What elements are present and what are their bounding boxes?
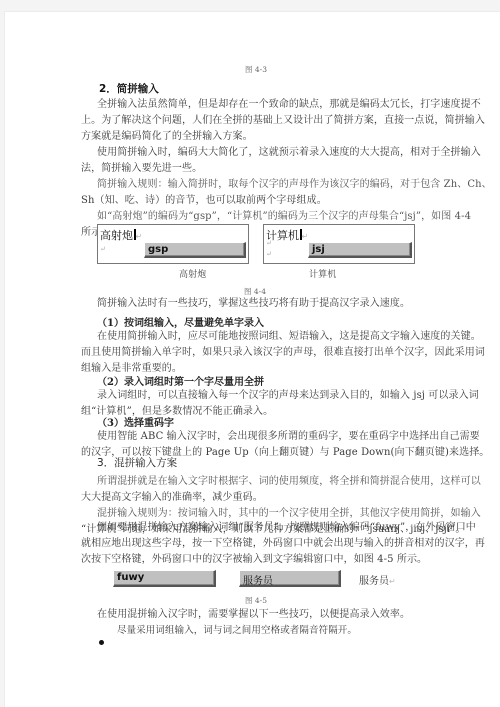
figure-label-left: 高射炮 <box>179 268 206 282</box>
figure-caption-4-4: 图 4-4 <box>244 286 266 297</box>
result-text: 服务员↵ <box>359 572 396 587</box>
paragraph-line: 如“高射炮”的编码为“gsp”，“计算机”的编码为三个汉字的声母集合“jsj”，… <box>97 210 471 224</box>
paragraph-line: 例如要用混拼输入方案输入词组“服务员”，按照规则输入编码“fuwy”，在外码窗口… <box>97 521 476 535</box>
document-page: 图 4-3 2．简拼输入 全拼输入法虽然简单，但是却存在一个致命的缺点，那就是编… <box>4 11 500 707</box>
paragraph-line: 次按下空格键，外码窗口中的汉字被输入到文字编辑窗口中，如图 4-5 所示。 <box>81 553 427 567</box>
paragraph-line: 法，简拼输入要先进一些。 <box>81 162 202 176</box>
paragraph-line: Sh（知、吃、诗）的音节，也可以取前两个字母组成。 <box>81 194 327 208</box>
candidate-text: 服务员 <box>243 572 273 587</box>
bullet-item: 尽量采用词组输入，词与词之间用空格或者隔音符隔开。 <box>117 624 357 638</box>
paragraph-line: 全拼输入法虽然简单，但是却存在一个致命的缺点，那就是编码太冗长，打字速度提不 <box>97 98 481 112</box>
paragraph-line: 大大提高文字输入的准确率，减少重码。 <box>81 491 263 505</box>
editor-window-jisuanji: 计算机↵ ↵ ↵ jsj <box>263 224 415 264</box>
candidate-window: gsp <box>144 242 246 258</box>
paragraph-line: 就相应地出现这些字母，按一下空格键，外码窗口中就会出现与输入的拼音相对的汉字，再 <box>81 537 485 551</box>
tip-heading-3: （3）选择重码字 <box>97 414 174 429</box>
tip-heading-2: （2）录入词组时第一个字尽量用全拼 <box>97 373 264 388</box>
paragraph-line: 在使用简拼输入时，应尽可能地按照词组、短语输入，这是提高文字输入速度的关键。 <box>97 330 481 344</box>
code-input-window: fuwy <box>113 570 216 587</box>
paragraph-line: 简拼输入规则：输入简拼时，取每个汉字的声母作为该汉字的编码，对于包含 Zh、Ch… <box>97 178 492 192</box>
candidate-window: 服务员 <box>239 570 341 587</box>
editor-text: 高射炮 <box>100 229 133 242</box>
paragraph-line: 上。为了解决这个问题，人们在全拼的基础上又设计出了简拼方案，直接一点说，简拼输入 <box>81 114 485 128</box>
candidate-code: gsp <box>148 244 168 255</box>
paragraph-mark-icon: ↵ <box>266 239 272 247</box>
paragraph-mark-icon: ↵ <box>302 232 309 241</box>
candidate-code: jsj <box>312 244 325 255</box>
paragraph-line: 使用智能 ABC 输入汉字时，会出现很多所谓的重码字，要在重码字中选择出自己需要 <box>97 430 480 444</box>
paragraph-line: 使用简拼输入时，编码大大简化了，这就预示着录入速度的大大提高，相对于全拼输入 <box>97 146 481 160</box>
paragraph-mark-icon: ↵ <box>100 245 106 253</box>
input-code: fuwy <box>117 572 144 583</box>
paragraph-mark-icon: ↵ <box>266 250 272 258</box>
figure-label-right: 计算机 <box>309 268 336 282</box>
paragraph-line: 而且使用简拼输入单字时，如果只录入该汉字的声母，很难直接打出单个汉字，因此采用词 <box>81 346 485 360</box>
paragraph-line: 录入词组时，可以直接输入每一个汉字的声母来达到录入目的，如输入 jsj 可以录入… <box>97 389 479 403</box>
paragraph-line: 方案就是编码简化了的全拼输入方案。 <box>81 130 253 144</box>
editor-window-gaoshepao: 高射炮↵ ↵ gsp <box>97 224 249 264</box>
section-heading-2: 2．简拼输入 <box>99 81 159 96</box>
section-heading-3: 3．混拼输入方案 <box>97 455 177 470</box>
paragraph-mark-icon: ↵ <box>389 577 396 586</box>
tip-heading-1: （1）按词组输入，尽量避免单字录入 <box>97 314 264 329</box>
paragraph-mark-icon: ↵ <box>136 232 143 241</box>
paragraph-line: 混拼输入规则为：按词输入时，其中的一个汉字使用全拼，其他汉字使用简拼，如输入 <box>97 507 481 521</box>
bullet-icon <box>99 630 104 649</box>
figure-caption-4-3: 图 4-3 <box>245 64 267 75</box>
paragraph-line: 所谓混拼就是在输入文字时根据字、词的使用频度，将全拼和简拼混合使用，这样可以 <box>97 475 481 489</box>
paragraph-line: 在使用混拼输入汉字时，需要掌握以下一些技巧，以便提高录入效率。 <box>97 608 410 622</box>
paragraph-line: 简拼输入法时有一些技巧，掌握这些技巧将有助于提高汉字录入速度。 <box>97 297 410 311</box>
candidate-window: jsj <box>308 242 412 258</box>
result-text-value: 服务员 <box>359 576 389 587</box>
figure-caption-4-5: 图 4-5 <box>245 595 267 606</box>
